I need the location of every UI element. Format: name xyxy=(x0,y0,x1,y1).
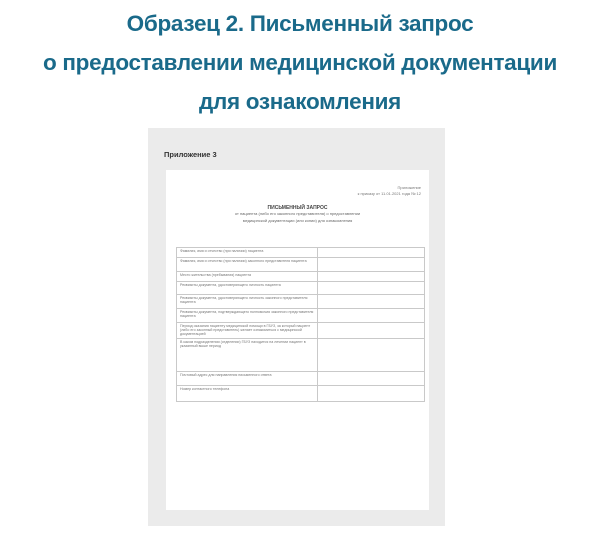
heading-line-2: о предоставлении медицинской документаци… xyxy=(0,43,600,82)
table-row: Номер контактного телефона xyxy=(177,386,425,402)
page-heading: Образец 2. Письменный запрос о предостав… xyxy=(0,4,600,121)
annex-reference: Приложение к приказу от 11.01.2021 года … xyxy=(358,185,421,197)
field-value xyxy=(318,309,425,323)
table-row: Реквизиты документа, удостоверяющего лич… xyxy=(177,282,425,295)
field-value xyxy=(318,258,425,272)
field-value xyxy=(318,386,425,402)
annex-line-2: к приказу от 11.01.2021 года № 12 xyxy=(358,191,421,197)
field-value xyxy=(318,372,425,386)
field-label: В каком подразделении (отделении) ГБУЗ н… xyxy=(177,339,318,372)
table-row: Фамилия, имя и отчество (при наличии) па… xyxy=(177,248,425,258)
request-form-table: Фамилия, имя и отчество (при наличии) па… xyxy=(176,247,425,402)
table-row: Реквизиты документа, подтверждающего пол… xyxy=(177,309,425,323)
field-label: Фамилия, имя и отчество (при наличии) па… xyxy=(177,248,318,258)
form-title-sub-2: медицинской документации (или копии) для… xyxy=(166,218,429,224)
heading-line-1: Образец 2. Письменный запрос xyxy=(0,4,600,43)
form-title: ПИСЬМЕННЫЙ ЗАПРОС от пациента (либо его … xyxy=(166,205,429,224)
field-value xyxy=(318,323,425,339)
table-row: В каком подразделении (отделении) ГБУЗ н… xyxy=(177,339,425,372)
field-label: Номер контактного телефона xyxy=(177,386,318,402)
heading-line-3: для ознакомления xyxy=(0,82,600,121)
field-value xyxy=(318,272,425,282)
document-preview-panel: Приложение 3 Приложение к приказу от 11.… xyxy=(148,128,445,526)
field-label: Реквизиты документа, удостоверяющего лич… xyxy=(177,295,318,309)
field-value xyxy=(318,295,425,309)
field-value xyxy=(318,248,425,258)
field-label: Почтовый адрес для направления письменно… xyxy=(177,372,318,386)
table-row: Почтовый адрес для направления письменно… xyxy=(177,372,425,386)
table-row: Реквизиты документа, удостоверяющего лич… xyxy=(177,295,425,309)
table-row: Место жительства (пребывания) пациента xyxy=(177,272,425,282)
field-value xyxy=(318,339,425,372)
table-row: Период оказания пациенту медицинской пом… xyxy=(177,323,425,339)
table-row: Фамилия, имя и отчество (при наличии) за… xyxy=(177,258,425,272)
field-label: Период оказания пациенту медицинской пом… xyxy=(177,323,318,339)
field-label: Реквизиты документа, подтверждающего пол… xyxy=(177,309,318,323)
field-label: Фамилия, имя и отчество (при наличии) за… xyxy=(177,258,318,272)
field-label: Место жительства (пребывания) пациента xyxy=(177,272,318,282)
appendix-label: Приложение 3 xyxy=(164,150,217,159)
document-page: Приложение к приказу от 11.01.2021 года … xyxy=(166,170,429,510)
field-label: Реквизиты документа, удостоверяющего лич… xyxy=(177,282,318,295)
field-value xyxy=(318,282,425,295)
